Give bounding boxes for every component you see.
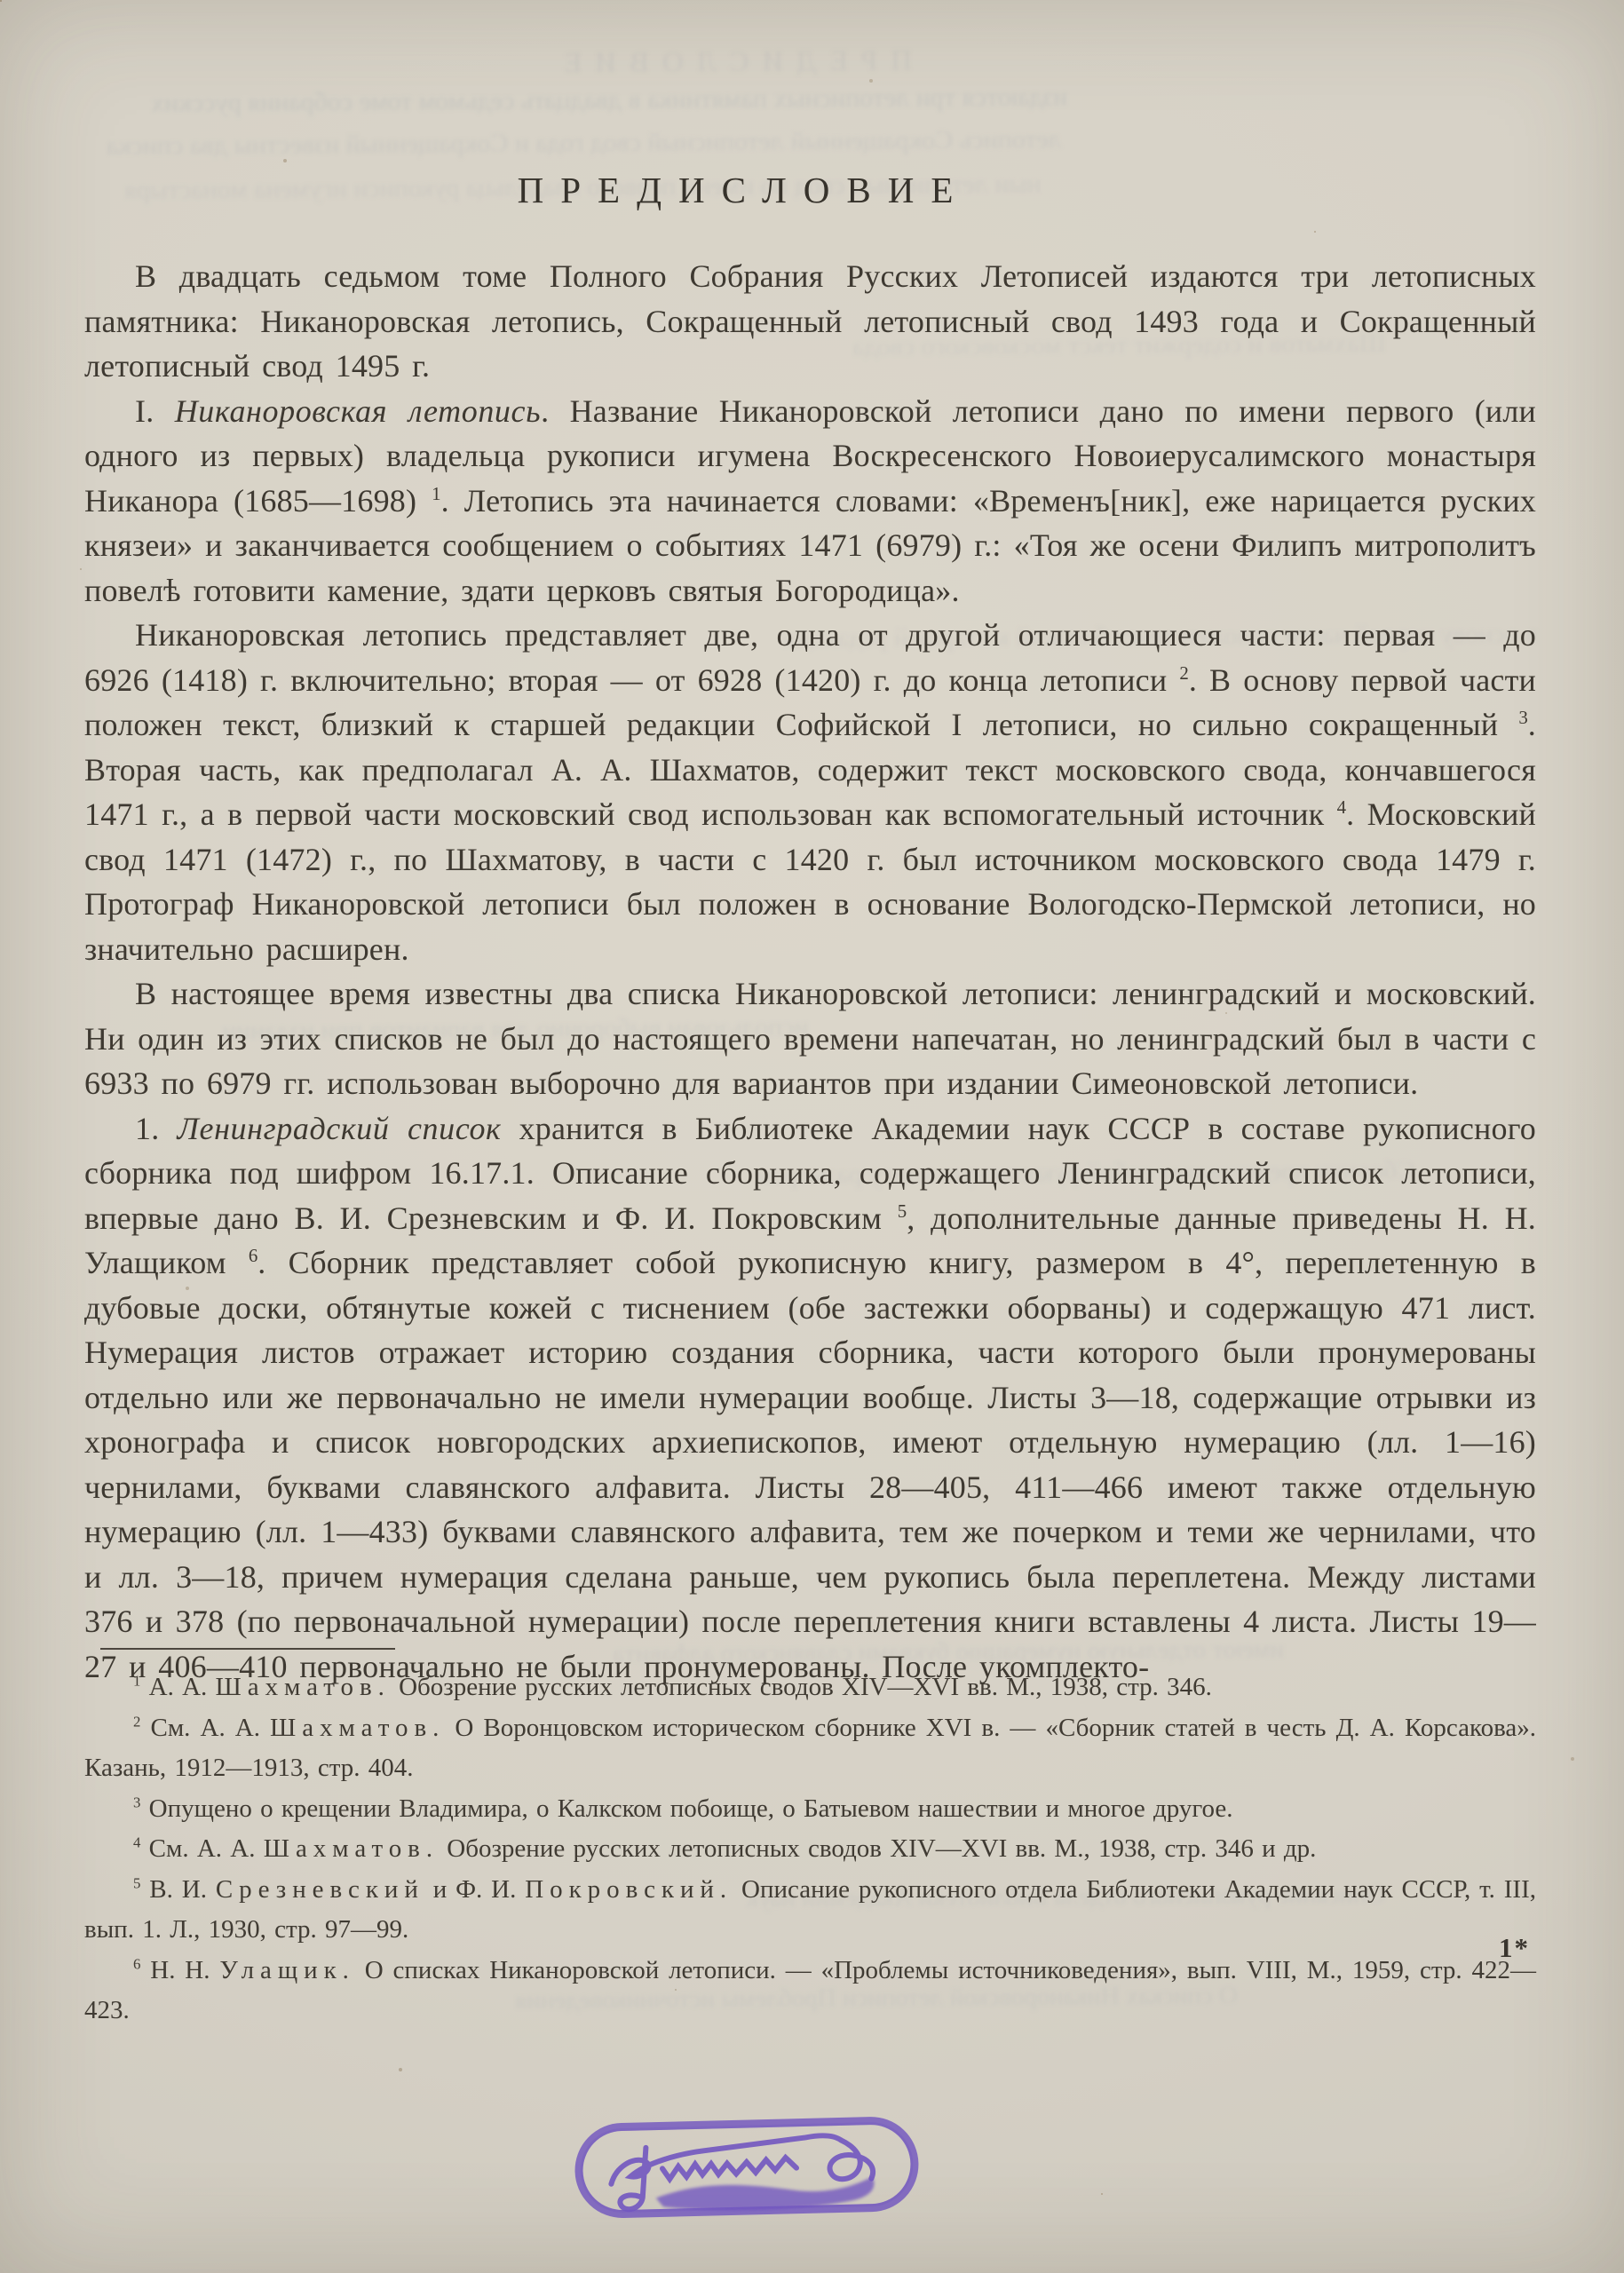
footnote: 5 В. И. Срезневский и Ф. И. Покровский. … (84, 1870, 1536, 1951)
footnote-divider (100, 1648, 395, 1650)
paragraph: В двадцать седьмом томе Полного Собрания… (84, 254, 1536, 389)
footnote: 6 Н. Н. Улащик. О списках Никаноровской … (84, 1951, 1536, 2031)
paper-speckles (0, 0, 2, 2)
book-page: ПРЕДИСЛОВИЕиздаются три летописных памят… (0, 0, 1624, 2273)
bleedthrough-text: издаются три летописных памятника в двад… (151, 82, 1067, 118)
stamp-graphic (568, 2105, 928, 2231)
paragraph: В настоящее время известны два списка Ни… (84, 971, 1536, 1106)
footnote: 3 Опущено о крещении Владимира, о Калкск… (84, 1789, 1536, 1830)
footnote: 4 См. А. А. Шахматов. Обозрение русских … (84, 1829, 1536, 1870)
page-title: ПРЕДИСЛОВИЕ (84, 169, 1536, 211)
library-stamp (568, 2105, 928, 2231)
footnote: 1 А. А. Шахматов. Обозрение русских лето… (84, 1667, 1536, 1708)
paragraph: Никаноровская летопись представляет две,… (84, 613, 1536, 971)
signature-mark: 1* (1499, 1932, 1530, 1964)
paragraph: 1. Ленинградский список хранится в Библи… (84, 1106, 1536, 1690)
footnote: 2 См. А. А. Шахматов. О Воронцовском ист… (84, 1708, 1536, 1789)
paragraph: I. Никаноровская летопись. Название Ника… (84, 389, 1536, 614)
footnotes: 1 А. А. Шахматов. Обозрение русских лето… (84, 1667, 1536, 2031)
preface-body: В двадцать седьмом томе Полного Собрания… (84, 254, 1536, 1689)
bleedthrough-text: летопись Сокращенный летописный свод год… (107, 124, 1062, 162)
bleedthrough-text: ПРЕДИСЛОВИЕ (551, 45, 912, 81)
